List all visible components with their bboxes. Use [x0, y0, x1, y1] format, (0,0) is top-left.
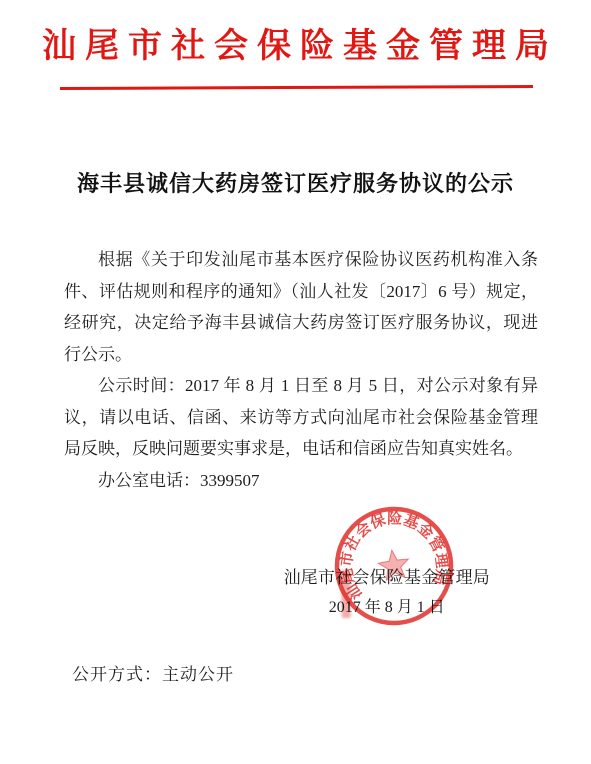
signature-agency-name: 汕尾市社会保险基金管理局 — [284, 563, 490, 593]
document-title: 海丰县诚信大药房签订医疗服务协议的公示 — [0, 169, 591, 199]
body-line: 行公示。 — [64, 339, 538, 371]
document-body: 根据《关于印发汕尾市基本医疗保险协议医药机构准入条 件、评估规则和程序的通知》（… — [64, 244, 538, 496]
body-line: 经研究，决定给予海丰县诚信大药房签订医疗服务协议，现进 — [64, 307, 538, 339]
body-line: 公示时间：2017 年 8 月 1 日至 8 月 5 日，对公示对象有异 — [64, 370, 538, 402]
body-line: 局反映，反映问题要实事求是，电话和信函应告知真实姓名。 — [64, 433, 538, 465]
body-line: 议，请以电话、信函、来访等方式向汕尾市社会保险基金管理 — [64, 402, 538, 434]
letterhead-agency-title: 汕尾市社会保险基金管理局 — [0, 24, 591, 70]
scanned-document-page: { "colors": { "accent_red": "#e01814", "… — [0, 0, 591, 764]
signature-block: 汕尾市社会保险基金管理局 2017 年 8 月 1 日 — [284, 563, 490, 623]
signature-date: 2017 年 8 月 1 日 — [284, 593, 490, 623]
body-line-office-phone: 办公室电话：3399507 — [64, 465, 538, 497]
disclosure-method-line: 公开方式：主动公开 — [72, 661, 591, 689]
body-line: 根据《关于印发汕尾市基本医疗保险协议医药机构准入条 — [64, 244, 538, 276]
letterhead-divider-rule — [60, 85, 533, 90]
body-line: 件、评估规则和程序的通知》（汕人社发〔2017〕6 号）规定， — [64, 276, 538, 308]
